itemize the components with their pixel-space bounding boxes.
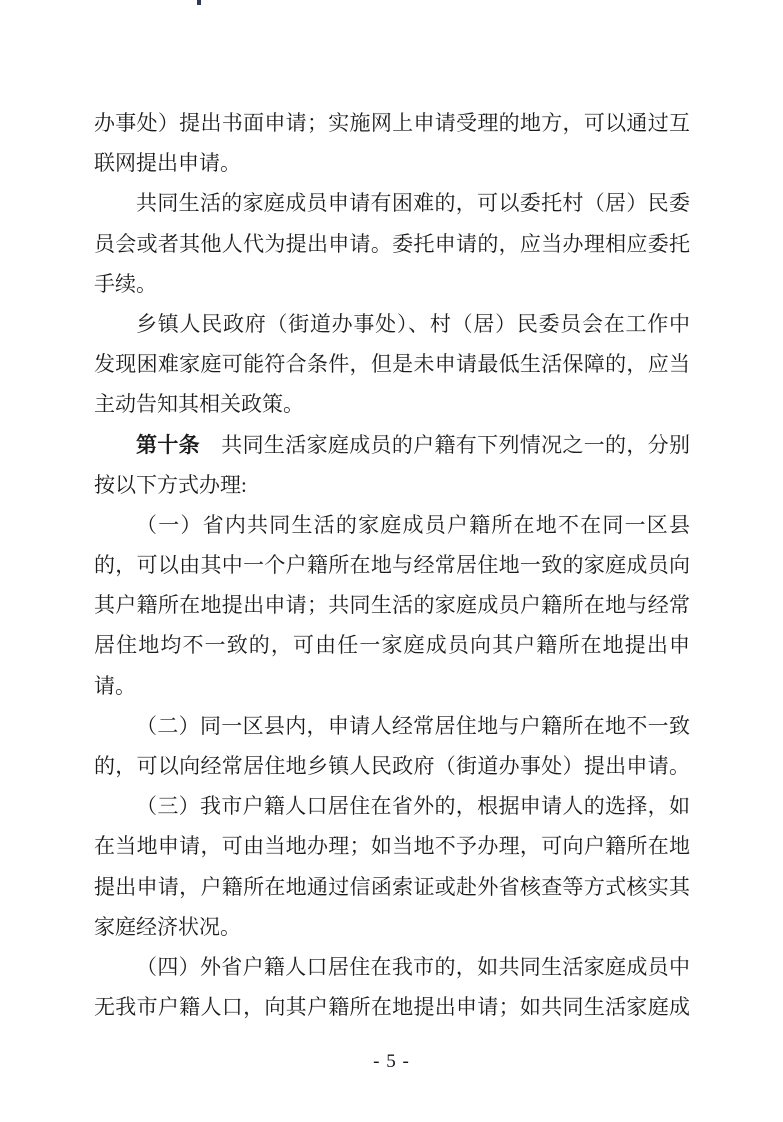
text-line: （四）外省户籍人口居住在我市的，如共同生活家庭成员中 <box>94 947 690 987</box>
document-page: 办事处）提出书面申请；实施网上申请受理的地方，可以通过互联网提出申请。共同生活的… <box>0 0 783 1122</box>
line-text: 在当地申请，可由当地办理；如当地不予办理，可向户籍所在地 <box>94 834 690 858</box>
text-line: 居住地均不一致的，可由任一家庭成员向其户籍所在地提出申 <box>94 625 690 665</box>
text-line: 手续。 <box>94 264 690 304</box>
text-line: 共同生活的家庭成员申请有困难的，可以委托村（居）民委 <box>94 183 690 223</box>
line-text: 主动告知其相关政策。 <box>94 392 304 416</box>
line-text: 居住地均不一致的，可由任一家庭成员向其户籍所在地提出申 <box>94 633 690 657</box>
line-text: 按以下方式办理: <box>94 473 247 497</box>
text-line: （三）我市户籍人口居住在省外的，根据申请人的选择，如 <box>94 786 690 826</box>
text-line: 主动告知其相关政策。 <box>94 384 690 424</box>
text-line: （一）省内共同生活的家庭成员户籍所在地不在同一区县 <box>94 505 690 545</box>
line-text: 其户籍所在地提出申请；共同生活的家庭成员户籍所在地与经常 <box>94 593 690 617</box>
line-text: 联网提出申请。 <box>94 151 241 175</box>
text-line: 乡镇人民政府（街道办事处）、村（居）民委员会在工作中 <box>94 304 690 344</box>
line-text: 手续。 <box>94 272 157 296</box>
line-text: （二）同一区县内，申请人经常居住地与户籍所在地不一致 <box>136 714 690 738</box>
line-text: 无我市户籍人口，向其户籍所在地提出申请；如共同生活家庭成 <box>94 995 690 1019</box>
text-line: （二）同一区县内，申请人经常居住地与户籍所在地不一致 <box>94 706 690 746</box>
line-text: 提出申请，户籍所在地通过信函索证或赴外省核查等方式核实其 <box>94 875 690 899</box>
text-line: 员会或者其他人代为提出申请。委托申请的，应当办理相应委托 <box>94 224 690 264</box>
line-text: 的，可以向经常居住地乡镇人民政府（街道办事处）提出申请。 <box>94 754 690 778</box>
line-text: 办事处）提出书面申请；实施网上申请受理的地方，可以通过互 <box>94 111 690 135</box>
text-line: 家庭经济状况。 <box>94 907 690 947</box>
line-text: （四）外省户籍人口居住在我市的，如共同生活家庭成员中 <box>136 955 690 979</box>
line-text: 发现困难家庭可能符合条件，但是未申请最低生活保障的，应当 <box>94 352 690 376</box>
line-text: 请。 <box>94 674 136 698</box>
text-line: 的，可以向经常居住地乡镇人民政府（街道办事处）提出申请。 <box>94 746 690 786</box>
text-line: 无我市户籍人口，向其户籍所在地提出申请；如共同生活家庭成 <box>94 987 690 1027</box>
line-text: 共同生活家庭成员的户籍有下列情况之一的，分别 <box>200 433 690 457</box>
line-text: 的，可以由其中一个户籍所在地与经常居住地一致的家庭成员向 <box>94 553 690 577</box>
line-text: 员会或者其他人代为提出申请。委托申请的，应当办理相应委托 <box>94 232 690 256</box>
text-line: 联网提出申请。 <box>94 143 690 183</box>
text-line: 提出申请，户籍所在地通过信函索证或赴外省核查等方式核实其 <box>94 867 690 907</box>
text-line: 请。 <box>94 666 690 706</box>
scan-artifact-mark <box>197 0 201 5</box>
line-text: 共同生活的家庭成员申请有困难的，可以委托村（居）民委 <box>136 191 690 215</box>
document-body: 办事处）提出书面申请；实施网上申请受理的地方，可以通过互联网提出申请。共同生活的… <box>94 103 690 1027</box>
text-line: 按以下方式办理: <box>94 465 690 505</box>
text-line: 的，可以由其中一个户籍所在地与经常居住地一致的家庭成员向 <box>94 545 690 585</box>
line-text: 乡镇人民政府（街道办事处）、村（居）民委员会在工作中 <box>136 312 690 336</box>
text-line: 办事处）提出书面申请；实施网上申请受理的地方，可以通过互 <box>94 103 690 143</box>
text-line: 第十条 共同生活家庭成员的户籍有下列情况之一的，分别 <box>94 425 690 465</box>
line-text: （一）省内共同生活的家庭成员户籍所在地不在同一区县 <box>136 513 690 537</box>
text-line: 其户籍所在地提出申请；共同生活的家庭成员户籍所在地与经常 <box>94 585 690 625</box>
page-number: - 5 - <box>0 1047 783 1077</box>
article-heading: 第十条 <box>136 433 200 457</box>
text-line: 在当地申请，可由当地办理；如当地不予办理，可向户籍所在地 <box>94 826 690 866</box>
text-line: 发现困难家庭可能符合条件，但是未申请最低生活保障的，应当 <box>94 344 690 384</box>
line-text: 家庭经济状况。 <box>94 915 241 939</box>
line-text: （三）我市户籍人口居住在省外的，根据申请人的选择，如 <box>136 794 690 818</box>
